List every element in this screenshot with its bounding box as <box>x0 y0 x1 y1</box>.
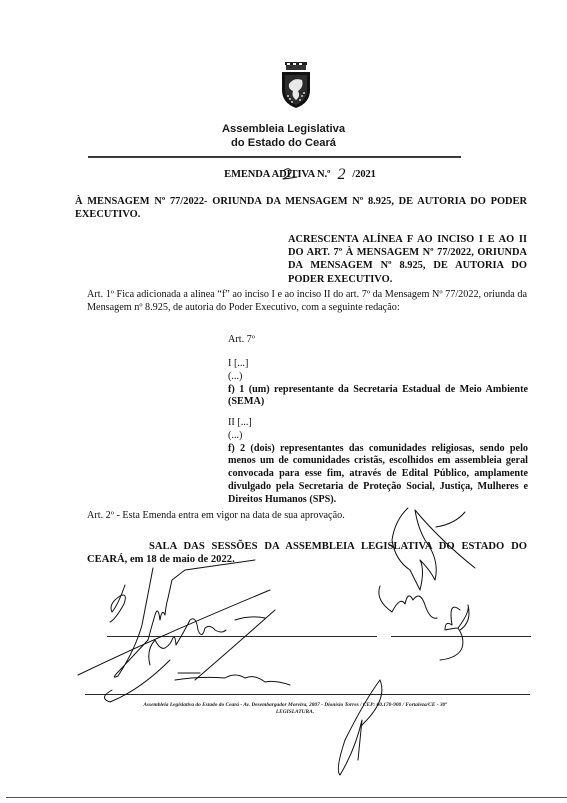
signature-icon <box>110 585 125 622</box>
signature-line-right <box>391 636 531 637</box>
title-year: /2021 <box>352 169 375 180</box>
session-closing: SALA DAS SESSÕES DA ASSEMBLEIA LEGISLATI… <box>87 540 527 566</box>
footer-address: Assembleia Legislativa do Estado do Cear… <box>60 702 530 716</box>
document-heading: À MENSAGEM Nº 77/2022- ORIUNDA DA MENSAG… <box>75 195 527 221</box>
signature-icon <box>175 675 290 685</box>
institution-state: do Estado do Ceará <box>0 136 567 150</box>
signature-icon <box>440 605 469 660</box>
inciso-2-label: II [...] <box>228 417 528 430</box>
article-1: Art. 1º Fica adicionada a alinea “f” ao … <box>87 289 527 314</box>
signature-icon <box>104 660 170 702</box>
quoted-inciso-2: II [...] (...) f) 2 (dois) representante… <box>228 417 528 507</box>
signature-icon <box>78 590 270 675</box>
quoted-article-heading: Art. 7º <box>228 334 528 347</box>
inciso-1-alinea-f: f) 1 (um) representante da Secretaria Es… <box>228 384 528 410</box>
inciso-1-ellipsis: (...) <box>228 371 528 384</box>
signature-icon <box>149 619 226 665</box>
signature-icon <box>195 610 275 680</box>
signature-icon <box>114 560 255 677</box>
handwritten-amendment-number: 2 <box>330 166 352 184</box>
inciso-2-alinea-f: f) 2 (dois) representantes das comunidad… <box>228 443 528 507</box>
inciso-2-ellipsis: (...) <box>228 430 528 443</box>
coat-of-arms-icon <box>276 60 316 110</box>
ementa: ACRESCENTA ALÍNEA F AO INCISO I E AO II … <box>288 233 527 286</box>
inciso-1-label: I [...] <box>228 358 528 371</box>
page-bottom-border <box>6 797 567 798</box>
header-divider <box>88 156 461 158</box>
footer-line-2: LEGISLATURA. <box>60 709 530 716</box>
quoted-inciso-1: I [...] (...) f) 1 (um) representante da… <box>228 358 528 409</box>
footer-divider <box>85 694 530 695</box>
footer-line-1: Assembleia Legislativa do Estado do Cear… <box>60 702 530 709</box>
amendment-title: EMENDA ADITIVA N.º2/2021 <box>0 166 567 184</box>
signature-icon <box>379 586 437 618</box>
title-prefix: EMENDA ADITIVA N.º <box>224 169 330 180</box>
institution-name: Assembleia Legislativa <box>0 122 567 136</box>
signature-line-left <box>107 636 377 637</box>
article-2: Art. 2º - Esta Emenda entra em vigor na … <box>87 510 527 523</box>
